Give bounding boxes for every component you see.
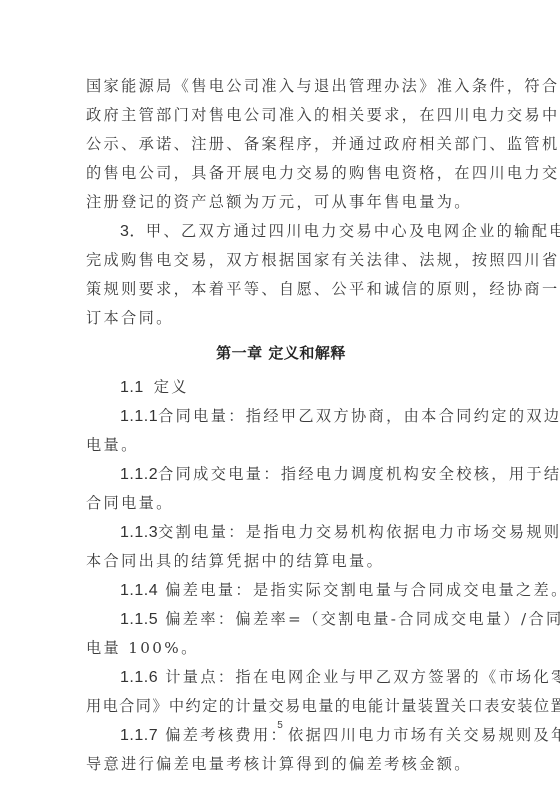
definition-item: 1.1.6 计量点：指在电网企业与甲乙双方签署的《市场化零售供 用电合同》中约定… (86, 663, 476, 721)
paragraph-line: 政府主管部门对售电公司准入的相关要求，在四川电力交易中心完成 (86, 101, 476, 130)
document-body: 国家能源局《售电公司准入与退出管理办法》准入条件，符合四川省 政府主管部门对售电… (86, 72, 476, 779)
definition-number: 1.1.1 (120, 408, 158, 425)
definition-item: 1.1.3交割电量：是指电力交易机构依据电力市场交易规则，为 本合同出具的结算凭… (86, 518, 476, 576)
clause-3-paragraph: 3．甲、乙双方通过四川电力交易中心及电网企业的输配电网络 完成购售电交易，双方根… (86, 217, 476, 333)
definition-item: 1.1.4 偏差电量：是指实际交割电量与合同成交电量之差。 (86, 576, 476, 605)
chapter-heading: 第一章 定义和解释 (86, 333, 476, 373)
paragraph-line: 注册登记的资产总额为万元，可从事年售电量为。 (86, 188, 476, 217)
definition-text: 交割电量：是指电力交易机构依据电力市场交易规则，为 (158, 523, 560, 541)
page-number: 5 (0, 720, 560, 731)
section-number: 1.1 (120, 379, 144, 396)
clause-text: 甲、乙双方通过四川电力交易中心及电网企业的输配电网络 (146, 222, 560, 240)
definition-number: 1.1.2 (120, 466, 158, 483)
paragraph-line: 1.1.6 计量点：指在电网企业与甲乙双方签署的《市场化零售供 (86, 663, 476, 692)
paragraph-line: 合同电量。 (86, 489, 476, 518)
definition-text: 合同成交电量：指经电力调度机构安全校核，用于结算的 (158, 465, 560, 483)
definition-text: 偏差电量：是指实际交割电量与合同成交电量之差。 (158, 581, 560, 599)
paragraph-line: 1.1.1合同电量：指经甲乙双方协商，由本合同约定的双边交易 (86, 402, 476, 431)
definition-text: 合同电量：指经甲乙双方协商，由本合同约定的双边交易 (158, 407, 560, 425)
paragraph-line: 的售电公司，具备开展电力交易的购售电资格，在四川电力交易中心 (86, 159, 476, 188)
paragraph-line: 3．甲、乙双方通过四川电力交易中心及电网企业的输配电网络 (86, 217, 476, 246)
paragraph-line: 电量 100%。 (86, 634, 476, 663)
definition-item: 1.1.5 偏差率：偏差率=（交割电量-合同成交电量）/合同成交 电量 100%… (86, 605, 476, 663)
definition-item: 1.1.2合同成交电量：指经电力调度机构安全校核，用于结算的 合同电量。 (86, 460, 476, 518)
section-title: 定义 (144, 378, 189, 396)
definition-number: 1.1.3 (120, 524, 158, 541)
paragraph-line: 用电合同》中约定的计量交易电量的电能计量装置关口表安装位置。 (86, 692, 476, 721)
section-heading: 1.1定义 (86, 373, 476, 402)
document-page: 国家能源局《售电公司准入与退出管理办法》准入条件，符合四川省 政府主管部门对售电… (0, 0, 560, 791)
paragraph-line: 完成购售电交易，双方根据国家有关法律、法规，按照四川省相关政 (86, 246, 476, 275)
paragraph-line: 本合同出具的结算凭据中的结算电量。 (86, 547, 476, 576)
definition-text: 偏差率：偏差率=（交割电量-合同成交电量）/合同成交 (158, 610, 560, 628)
clause-number: 3． (120, 223, 146, 240)
definition-item: 1.1.1合同电量：指经甲乙双方协商，由本合同约定的双边交易 电量。 (86, 402, 476, 460)
definition-number: 1.1.4 (120, 582, 158, 599)
paragraph-line: 1.1.4 偏差电量：是指实际交割电量与合同成交电量之差。 (86, 576, 476, 605)
definition-text: 计量点：指在电网企业与甲乙双方签署的《市场化零售供 (158, 668, 560, 686)
definition-number: 1.1.6 (120, 669, 158, 686)
paragraph-line: 1.1.3交割电量：是指电力交易机构依据电力市场交易规则，为 (86, 518, 476, 547)
paragraph-line: 1.1.5 偏差率：偏差率=（交割电量-合同成交电量）/合同成交 (86, 605, 476, 634)
definition-number: 1.1.5 (120, 611, 158, 628)
paragraph-line: 1.1.2合同成交电量：指经电力调度机构安全校核，用于结算的 (86, 460, 476, 489)
paragraph-line: 订本合同。 (86, 304, 476, 333)
paragraph-line: 公示、承诺、注册、备案程序，并通过政府相关部门、监管机构评估 (86, 130, 476, 159)
paragraph-line: 策规则要求，本着平等、自愿、公平和诚信的原则，经协商一致，签 (86, 275, 476, 304)
intro-paragraph: 国家能源局《售电公司准入与退出管理办法》准入条件，符合四川省 政府主管部门对售电… (86, 72, 476, 217)
paragraph-line: 导意进行偏差电量考核计算得到的偏差考核金额。 (86, 750, 476, 779)
paragraph-line: 国家能源局《售电公司准入与退出管理办法》准入条件，符合四川省 (86, 72, 476, 101)
paragraph-line: 电量。 (86, 431, 476, 460)
